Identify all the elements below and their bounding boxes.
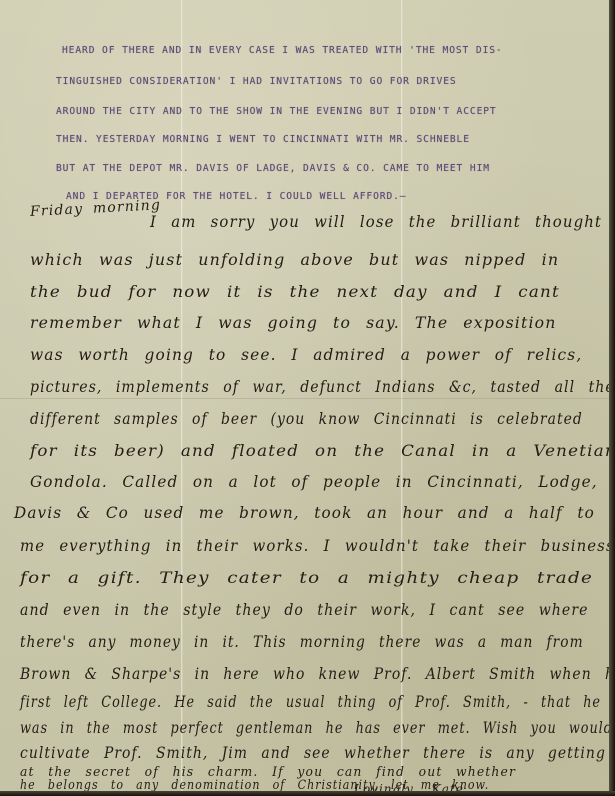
handwritten-line: different samples of beer (you know Cinc… [30, 409, 583, 428]
typed-line: TINGUISHED CONSIDERATION' I HAD INVITATI… [56, 76, 457, 87]
handwritten-line: me everything in their works. I wouldn't… [20, 536, 609, 555]
handwritten-line: was worth going to see. I admired a powe… [30, 345, 582, 364]
handwritten-line: for a gift. They cater to a mighty cheap… [20, 568, 593, 587]
handwritten-line: Gondola. Called on a lot of people in Ci… [30, 472, 598, 491]
handwritten-line: first left College. He said the usual th… [20, 692, 601, 711]
handwritten-line: remember what I was going to say. The ex… [30, 313, 557, 332]
letter-heading: Friday morning [30, 197, 162, 220]
handwritten-line: I am sorry you will lose the brilliant t… [150, 212, 602, 231]
handwritten-line: for its beer) and floated on the Canal i… [30, 441, 609, 460]
scan-border-right [609, 0, 615, 796]
scan-border-bottom [0, 791, 615, 796]
handwritten-line: was in the most perfect gentleman he has… [20, 718, 609, 737]
typed-line: THEN. YESTERDAY MORNING I WENT TO CINCIN… [56, 134, 470, 145]
handwritten-line: which was just unfolding above but was n… [30, 250, 559, 269]
handwritten-line: pictures, implements of war, defunct Ind… [30, 377, 609, 396]
horizontal-crease [0, 398, 609, 399]
typed-line: HEARD OF THERE AND IN EVERY CASE I WAS T… [62, 45, 503, 56]
letter-signoff: Lovingly, Kate. [354, 782, 469, 791]
handwritten-line: cultivate Prof. Smith, Jim and see wheth… [20, 743, 606, 762]
handwritten-line: and even in the style they do their work… [20, 600, 589, 619]
typed-line: BUT AT THE DEPOT MR. DAVIS OF LADGE, DAV… [56, 163, 490, 174]
handwritten-line: Davis & Co used me brown, took an hour a… [14, 503, 609, 522]
handwritten-line: there's any money in it. This morning th… [20, 632, 584, 651]
handwritten-line: the bud for now it is the next day and I… [30, 282, 560, 301]
handwritten-line: Brown & Sharpe's in here who knew Prof. … [20, 664, 609, 683]
typed-line: AROUND THE CITY AND TO THE SHOW IN THE E… [56, 106, 497, 117]
letter-page: HEARD OF THERE AND IN EVERY CASE I WAS T… [0, 0, 609, 791]
